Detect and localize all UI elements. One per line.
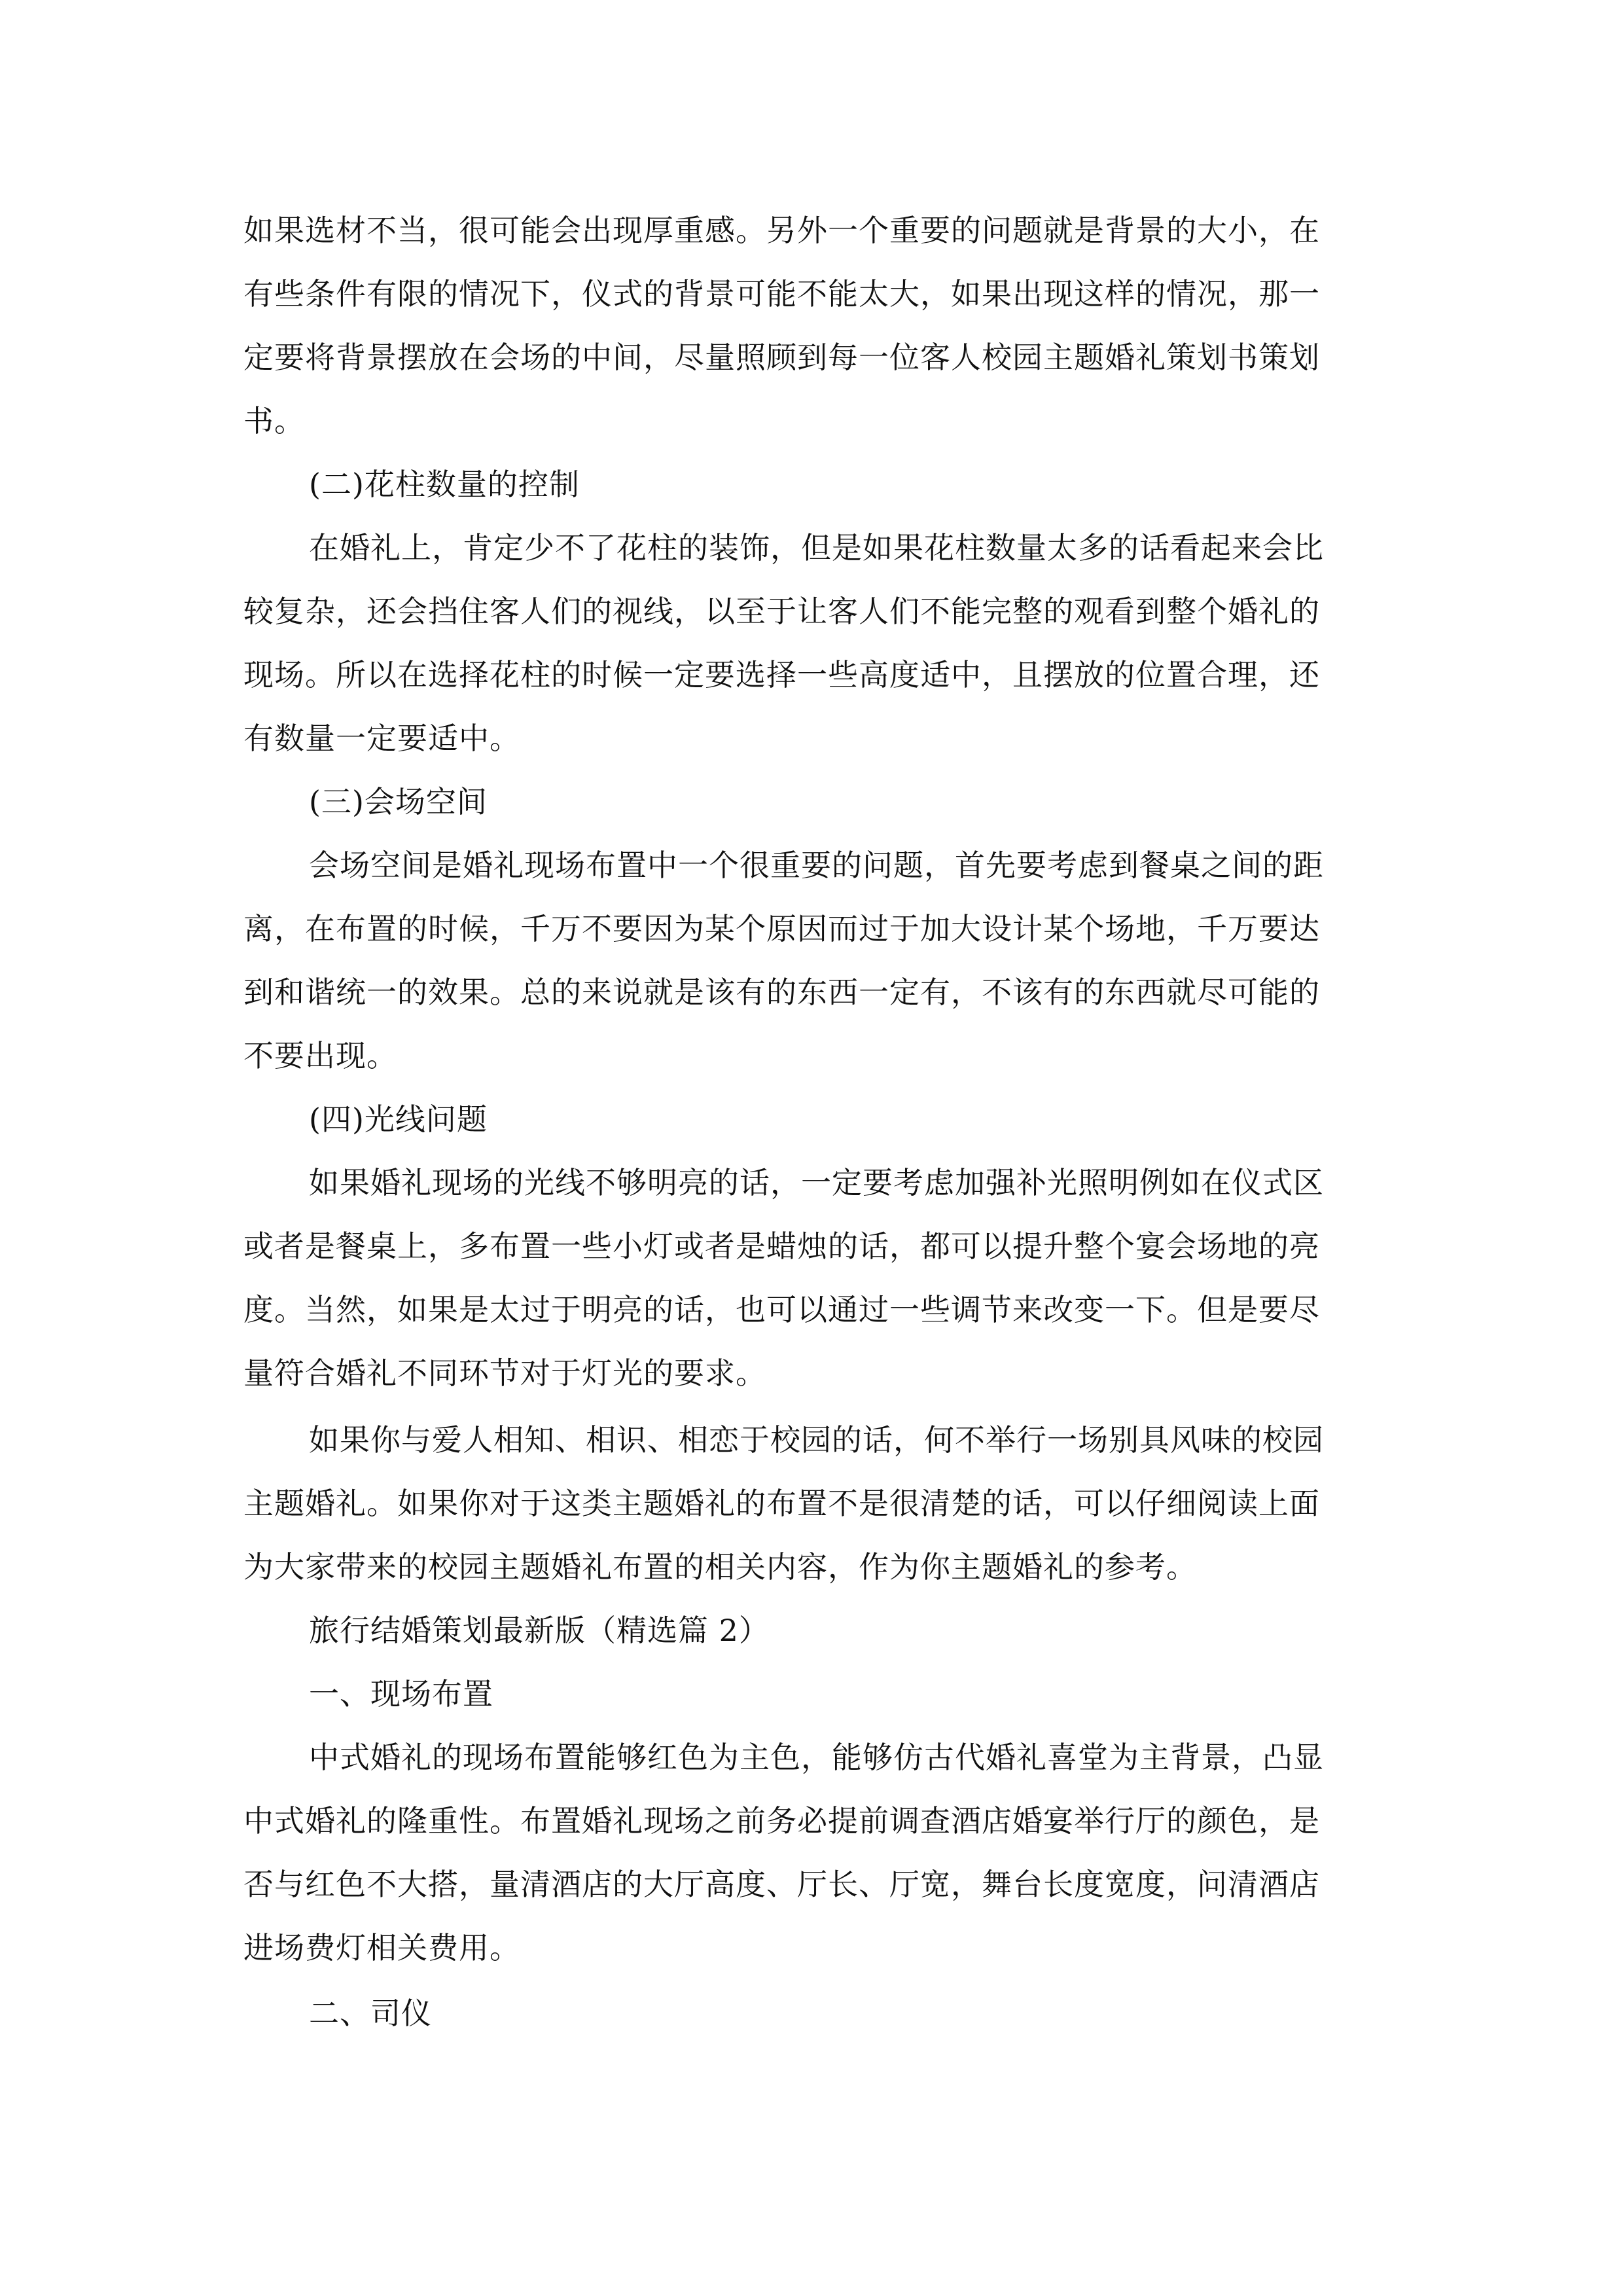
paragraph-line: 较复杂，还会挡住客人们的视线，以至于让客人们不能完整的观看到整个婚礼的	[243, 585, 1320, 637]
paragraph-line: 主题婚礼。如果你对于这类主题婚礼的布置不是很清楚的话，可以仔细阅读上面	[243, 1477, 1320, 1530]
paragraph-line: 如果婚礼现场的光线不够明亮的话，一定要考虑加强补光照明例如在仪式区	[309, 1157, 1324, 1209]
paragraph-line: 在婚礼上，肯定少不了花柱的装饰，但是如果花柱数量太多的话看起来会比	[309, 522, 1324, 574]
section-heading: (二)花柱数量的控制	[309, 458, 580, 511]
section-heading: (三)会场空间	[309, 776, 488, 828]
article-title: 旅行结婚策划最新版（精选篇 2）	[309, 1604, 770, 1657]
section-heading: 一、现场布置	[309, 1668, 493, 1720]
paragraph-line: 量符合婚礼不同环节对于灯光的要求。	[243, 1347, 766, 1399]
paragraph-line: 有些条件有限的情况下，仪式的背景可能不能太大，如果出现这样的情况，那一	[243, 268, 1320, 320]
section-heading: (四)光线问题	[309, 1093, 488, 1145]
paragraph-line: 或者是餐桌上，多布置一些小灯或者是蜡烛的话，都可以提升整个宴会场地的亮	[243, 1220, 1320, 1272]
paragraph-line: 到和谐统一的效果。总的来说就是该有的东西一定有，不该有的东西就尽可能的	[243, 966, 1320, 1018]
paragraph-line: 不要出现。	[243, 1030, 397, 1082]
paragraph-line: 如果选材不当，很可能会出现厚重感。另外一个重要的问题就是背景的大小，在	[243, 204, 1320, 257]
paragraph-line: 定要将背景摆放在会场的中间，尽量照顾到每一位客人校园主题婚礼策划书策划	[243, 331, 1320, 384]
paragraph-line: 离，在布置的时候，千万不要因为某个原因而过于加大设计某个场地，千万要达	[243, 903, 1320, 955]
paragraph-line: 中式婚礼的隆重性。布置婚礼现场之前务必提前调查酒店婚宴举行厅的颜色，是	[243, 1795, 1320, 1847]
section-heading: 二、司仪	[309, 1987, 432, 2039]
paragraph-line: 为大家带来的校园主题婚礼布置的相关内容，作为你主题婚礼的参考。	[243, 1541, 1197, 1593]
paragraph-line: 中式婚礼的现场布置能够红色为主色，能够仿古代婚礼喜堂为主背景，凸显	[309, 1731, 1324, 1784]
paragraph-line: 如果你与爱人相知、相识、相恋于校园的话，何不举行一场别具风味的校园	[309, 1414, 1324, 1466]
paragraph-line: 现场。所以在选择花柱的时候一定要选择一些高度适中，且摆放的位置合理，还	[243, 649, 1320, 701]
paragraph-line: 会场空间是婚礼现场布置中一个很重要的问题，首先要考虑到餐桌之间的距	[309, 839, 1324, 891]
paragraph-line: 否与红色不大搭，量清酒店的大厅高度、厅长、厅宽，舞台长度宽度，问清酒店	[243, 1858, 1320, 1910]
paragraph-line: 有数量一定要适中。	[243, 712, 520, 764]
paragraph-line: 进场费灯相关费用。	[243, 1922, 520, 1974]
paragraph-line: 书。	[243, 395, 305, 447]
paragraph-line: 度。当然，如果是太过于明亮的话，也可以通过一些调节来改变一下。但是要尽	[243, 1283, 1320, 1336]
